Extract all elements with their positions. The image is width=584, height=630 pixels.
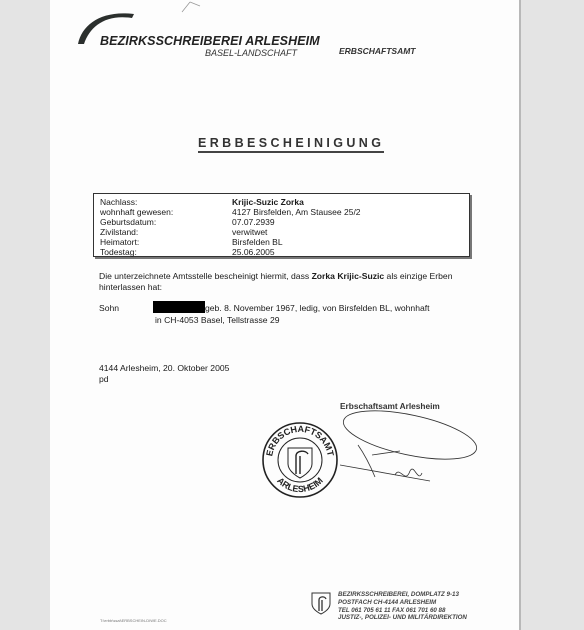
info-label: wohnhaft gewesen: (100, 207, 230, 217)
organization-name: BEZIRKSSCHREIBEREI ARLESHEIM (100, 34, 320, 48)
certification-paragraph: Die unterzeichnete Amtsstelle bescheinig… (99, 271, 479, 293)
heir-details: geb. 8. November 1967, ledig, von Birsfe… (205, 303, 430, 313)
info-label: Zivilstand: (100, 227, 230, 237)
official-stamp: ERBSCHAFTSAMT ARLESHEIM (260, 420, 340, 500)
info-value: verwitwet (232, 227, 267, 237)
info-value: 07.07.2939 (232, 217, 275, 227)
region-name: BASEL-LANDSCHAFT (205, 48, 297, 58)
scan-mark (178, 0, 218, 14)
file-reference: T:\erbb\ssai\ERBSCHEIN-DIWE.DOC (100, 618, 167, 623)
footer-address: BEZIRKSSCHREIBEREI, DOMPLATZ 9-13 POSTFA… (338, 591, 467, 622)
estate-info-box: Nachlass: Krijic-Suzic Zorka wohnhaft ge… (93, 193, 470, 257)
info-value: 4127 Birsfelden, Am Stausee 25/2 (232, 207, 361, 217)
certification-text: Die unterzeichnete Amtsstelle bescheinig… (99, 271, 312, 281)
department-name: ERBSCHAFTSAMT (339, 46, 416, 56)
stamp-top-text: ERBSCHAFTSAMT (264, 424, 336, 458)
coat-of-arms-icon (310, 591, 332, 615)
footer-line: TEL 061 705 61 11 FAX 061 701 60 88 (338, 607, 467, 615)
redacted-heir-name (153, 301, 205, 313)
footer-line: POSTFACH CH-4144 ARLESHEIM (338, 599, 467, 607)
document-page: BEZIRKSSCHREIBEREI ARLESHEIM BASEL-LANDS… (50, 0, 521, 630)
place-and-date: 4144 Arlesheim, 20. Oktober 2005 (99, 363, 229, 373)
footer-line: JUSTIZ-, POLIZEI- UND MILITÄRDIREKTION (338, 614, 467, 622)
info-label: Heimatort: (100, 237, 230, 247)
footer-line: BEZIRKSSCHREIBEREI, DOMPLATZ 9-13 (338, 591, 467, 599)
info-value: Birsfelden BL (232, 237, 283, 247)
document-title: ERBBESCHEINIGUNG (198, 136, 384, 153)
info-label: Todestag: (100, 247, 230, 257)
initials: pd (99, 374, 109, 384)
heir-address: in CH-4053 Basel, Tellstrasse 29 (155, 315, 280, 325)
heir-relation: Sohn (99, 303, 119, 313)
info-value: 25.06.2005 (232, 247, 275, 257)
info-label: Geburtsdatum: (100, 217, 230, 227)
svg-text:ERBSCHAFTSAMT: ERBSCHAFTSAMT (264, 424, 336, 458)
deceased-name: Zorka Krijic-Suzic (312, 271, 385, 281)
info-label: Nachlass: (100, 197, 230, 207)
info-value: Krijic-Suzic Zorka (232, 197, 304, 207)
